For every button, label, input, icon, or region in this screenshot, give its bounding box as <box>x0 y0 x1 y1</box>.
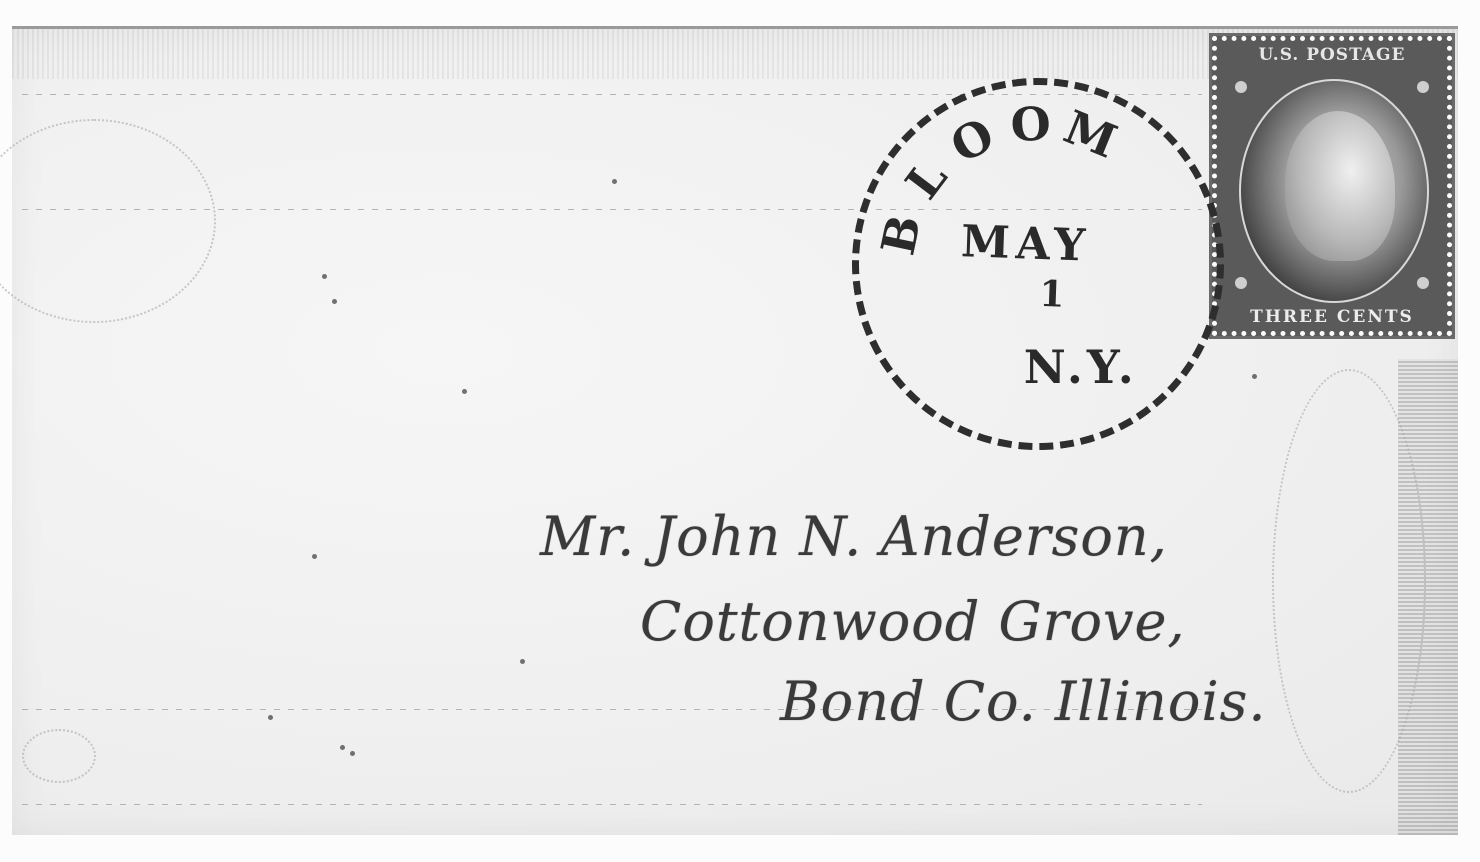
postmark-town-letter: M <box>1057 100 1124 169</box>
postmark-town-letter: L <box>895 151 958 209</box>
ink-speck <box>312 554 317 559</box>
faded-ornament <box>0 119 216 323</box>
stamp-rosette-icon <box>1235 81 1247 93</box>
ink-speck <box>520 659 525 664</box>
ink-speck <box>462 389 467 394</box>
ink-speck <box>332 299 337 304</box>
ink-speck <box>350 751 355 756</box>
ink-speck <box>612 179 617 184</box>
stamp-rosette-icon <box>1235 277 1247 289</box>
ruled-line <box>22 804 1202 805</box>
portrait-head <box>1285 111 1395 261</box>
stamp-rosette-icon <box>1417 277 1429 289</box>
ink-speck <box>1252 374 1257 379</box>
postmark-state: N.Y. <box>1024 340 1138 394</box>
ink-speck <box>340 745 345 750</box>
postmark-town-letter: B <box>871 210 932 259</box>
portrait-icon <box>1239 79 1429 303</box>
scanned-page: U.S. POSTAGE THREE CENTS BLOOM BLOOM MAY… <box>0 0 1480 862</box>
address-line-name: Mr. John N. Anderson, <box>540 505 1168 568</box>
postmark: BLOOM BLOOM MAY 1 N.Y. <box>828 54 1248 474</box>
address-line-town: Cottonwood Grove, <box>640 590 1186 653</box>
stamp-rosette-icon <box>1417 81 1429 93</box>
postage-stamp: U.S. POSTAGE THREE CENTS <box>1212 36 1452 336</box>
stamp-bottom-text: THREE CENTS <box>1217 307 1447 327</box>
address-line-county-state: Bond Co. Illinois. <box>780 670 1267 733</box>
faded-ornament <box>22 729 96 783</box>
ink-speck <box>268 715 273 720</box>
postmark-month: MAY <box>960 216 1092 272</box>
postmark-town-letter: O <box>942 107 1003 173</box>
faded-ornament <box>1272 369 1426 793</box>
postmark-day: 1 <box>1039 273 1066 316</box>
postmark-town-letter: O <box>1009 96 1052 152</box>
stamp-top-text: U.S. POSTAGE <box>1217 45 1447 65</box>
ink-speck <box>322 274 327 279</box>
